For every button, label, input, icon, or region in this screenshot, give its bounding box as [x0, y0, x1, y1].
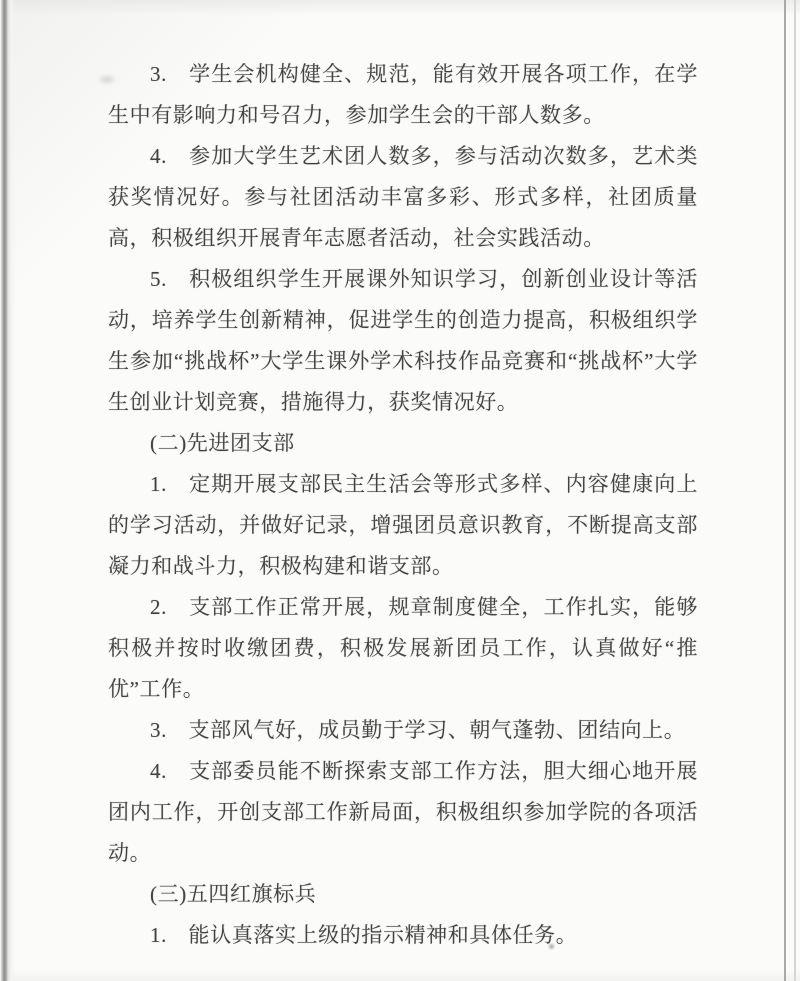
list-item: 2. 支部工作正常开展，规章制度健全，工作扎实，能够积极并按时收缴团费，积极发展…: [108, 587, 698, 710]
list-item: 3. 支部风气好，成员勤于学习、朝气蓬勃、团结向上。: [108, 710, 698, 751]
scan-edge-right-line: [784, 0, 786, 981]
section-heading: (三)五四红旗标兵: [108, 874, 698, 915]
list-item: 1. 能认真落实上级的指示精神和具体任务。: [108, 915, 698, 956]
scanned-document-page: 3. 学生会机构健全、规范，能有效开展各项工作，在学生中有影响力和号召力，参加学…: [0, 0, 800, 981]
scan-edge-left: [0, 0, 16, 981]
list-item: 5. 积极组织学生开展课外知识学习，创新创业设计等活动，培养学生创新精神，促进学…: [108, 259, 698, 423]
list-item: 3. 学生会机构健全、规范，能有效开展各项工作，在学生中有影响力和号召力，参加学…: [108, 54, 698, 136]
list-item: 4. 参加大学生艺术团人数多，参与活动次数多，艺术类获奖情况好。参与社团活动丰富…: [108, 136, 698, 259]
scan-edge-right-line-outer: [794, 0, 796, 981]
list-item: 4. 支部委员能不断探索支部工作方法，胆大细心地开展团内工作，开创支部工作新局面…: [108, 751, 698, 874]
section-heading: (二)先进团支部: [108, 423, 698, 464]
list-item: 1. 定期开展支部民主生活会等形式多样、内容健康向上的学习活动，并做好记录，增强…: [108, 464, 698, 587]
document-body: 3. 学生会机构健全、规范，能有效开展各项工作，在学生中有影响力和号召力，参加学…: [108, 54, 698, 956]
